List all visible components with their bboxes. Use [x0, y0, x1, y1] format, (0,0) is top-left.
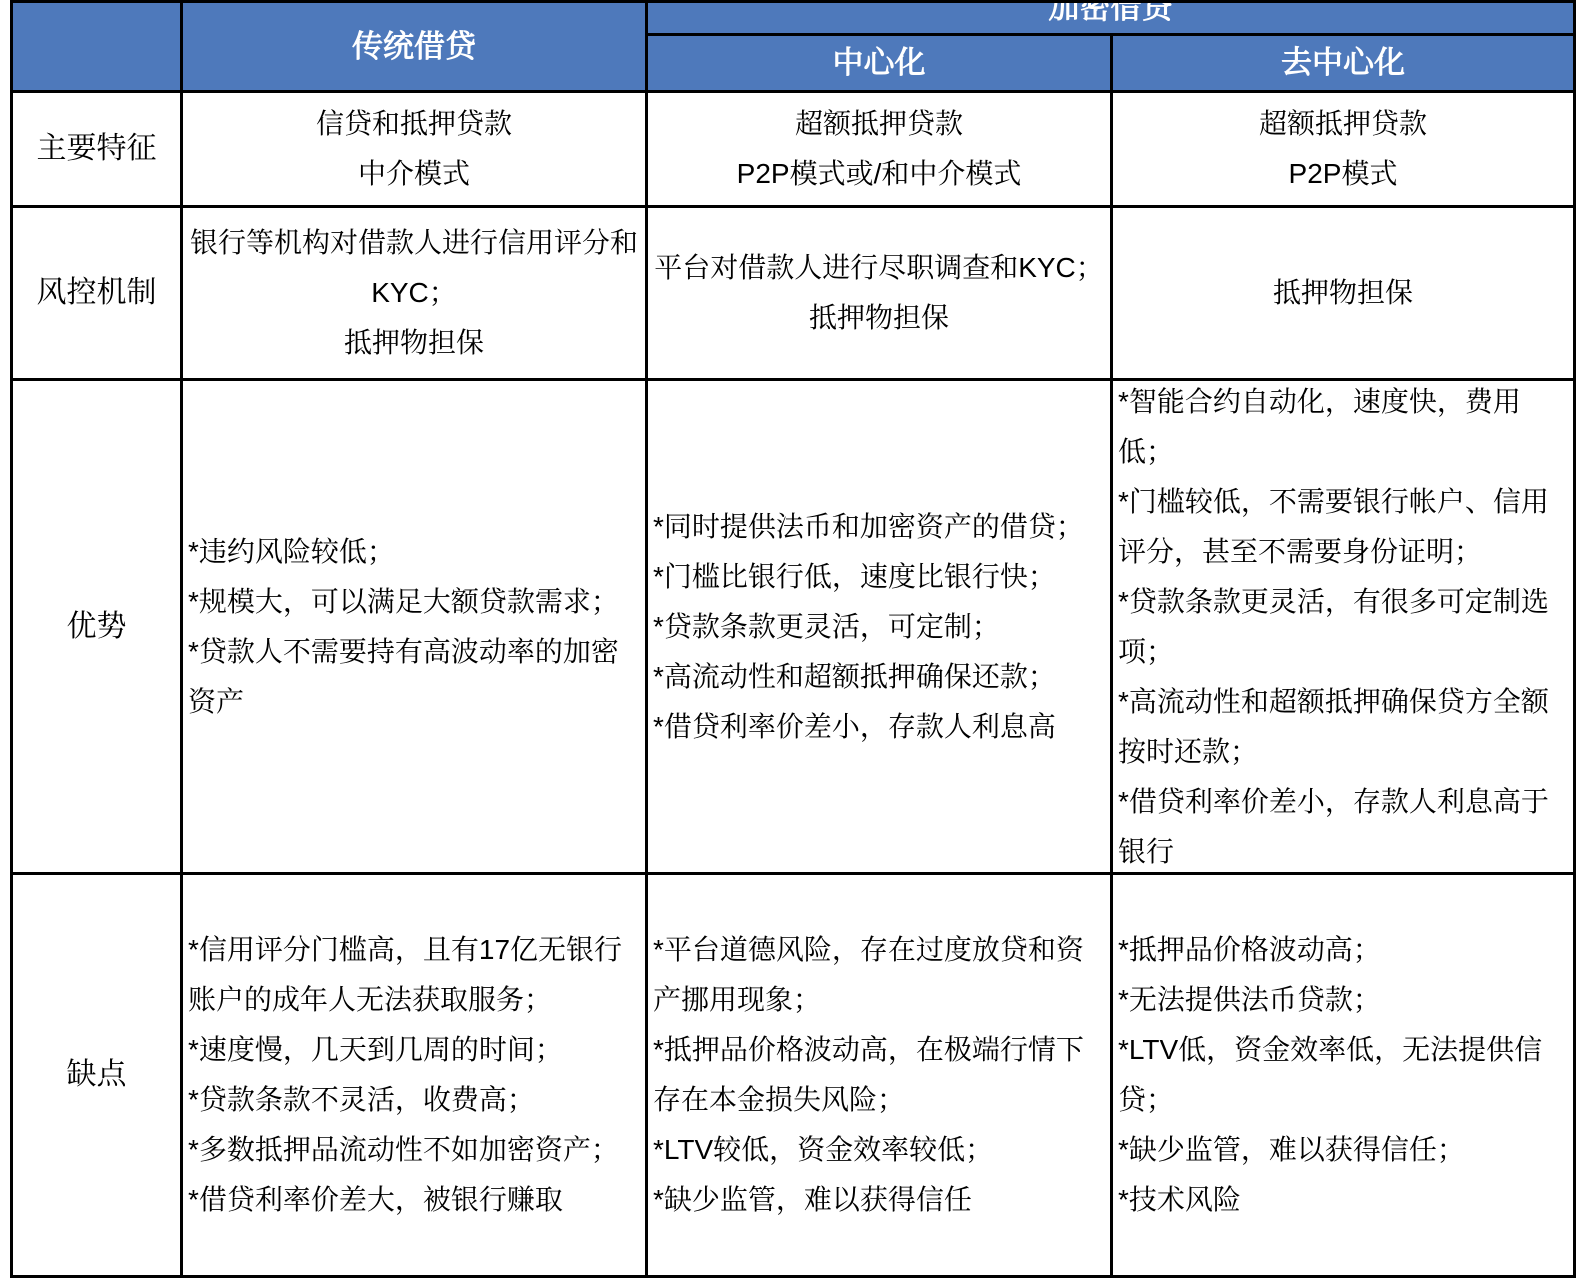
- advantages-traditional-text: *违约风险较低； *规模大，可以满足大额贷款需求； *贷款人不需要持有高波动率的…: [188, 527, 639, 727]
- header-crypto-lending-group: 加密借贷: [648, 3, 1573, 36]
- disadvantages-centralized-cell: *平台道德风险，存在过度放贷和资产挪用现象； *抵押品价格波动高，在极端行情下存…: [648, 875, 1113, 1244]
- header-decentralized: 去中心化: [1113, 36, 1573, 93]
- row-label-text: 主要特征: [37, 124, 157, 174]
- header-traditional-lending: 传统借贷: [183, 3, 648, 93]
- row-label-risk-control: 风控机制: [13, 208, 183, 381]
- features-centralized-text: 超额抵押贷款 P2P模式或/和中介模式: [737, 99, 1022, 199]
- header-traditional-label: 传统借贷: [352, 29, 476, 65]
- header-decentralized-label: 去中心化: [1281, 45, 1405, 81]
- risk-centralized-cell: 平台对借款人进行尽职调查和KYC； 抵押物担保: [648, 208, 1113, 381]
- features-traditional-cell: 信贷和抵押贷款 中介模式: [183, 93, 648, 208]
- disadvantages-traditional-cell: *信用评分门槛高，且有17亿无银行账户的成年人无法获取服务； *速度慢，几天到几…: [183, 875, 648, 1244]
- advantages-decentralized-text: *智能合约自动化，速度快，费用低； *门槛较低，不需要银行帐户、信用评分，甚至不…: [1118, 377, 1567, 877]
- row-label-disadvantages: 缺点: [13, 875, 183, 1244]
- advantages-traditional-cell: *违约风险较低； *规模大，可以满足大额贷款需求； *贷款人不需要持有高波动率的…: [183, 381, 648, 875]
- risk-decentralized-cell: 抵押物担保: [1113, 208, 1573, 381]
- risk-centralized-text: 平台对借款人进行尽职调查和KYC； 抵押物担保: [654, 243, 1104, 343]
- disadvantages-traditional-text: *信用评分门槛高，且有17亿无银行账户的成年人无法获取服务； *速度慢，几天到几…: [188, 925, 639, 1225]
- risk-traditional-cell: 银行等机构对借款人进行信用评分和KYC； 抵押物担保: [183, 208, 648, 381]
- header-centralized-label: 中心化: [833, 45, 926, 81]
- advantages-decentralized-cell: *智能合约自动化，速度快，费用低； *门槛较低，不需要银行帐户、信用评分，甚至不…: [1113, 381, 1573, 875]
- disadvantages-centralized-text: *平台道德风险，存在过度放贷和资产挪用现象； *抵押品价格波动高，在极端行情下存…: [653, 925, 1104, 1225]
- row-label-text: 风控机制: [37, 268, 157, 318]
- risk-traditional-text: 银行等机构对借款人进行信用评分和KYC； 抵押物担保: [187, 218, 641, 368]
- features-centralized-cell: 超额抵押贷款 P2P模式或/和中介模式: [648, 93, 1113, 208]
- advantages-centralized-cell: *同时提供法币和加密资产的借贷； *门槛比银行低，速度比银行快； *贷款条款更灵…: [648, 381, 1113, 875]
- row-label-advantages: 优势: [13, 381, 183, 875]
- disadvantages-decentralized-text: *抵押品价格波动高； *无法提供法币贷款； *LTV低，资金效率低，无法提供信贷…: [1118, 925, 1567, 1225]
- row-label-text: 优势: [67, 602, 127, 652]
- row-label-main-features: 主要特征: [13, 93, 183, 208]
- features-decentralized-text: 超额抵押贷款 P2P模式: [1259, 99, 1427, 199]
- risk-decentralized-text: 抵押物担保: [1273, 268, 1413, 318]
- header-crypto-label: 加密借贷: [1049, 3, 1173, 26]
- features-traditional-text: 信贷和抵押贷款 中介模式: [316, 99, 512, 199]
- row-label-text: 缺点: [67, 1050, 127, 1100]
- comparison-table: 传统借贷 加密借贷 中心化 去中心化 主要特征 信贷和抵押贷款 中介模式 超额抵…: [10, 0, 1576, 1244]
- disadvantages-decentralized-cell: *抵押品价格波动高； *无法提供法币贷款； *LTV低，资金效率低，无法提供信贷…: [1113, 875, 1573, 1244]
- advantages-centralized-text: *同时提供法币和加密资产的借贷； *门槛比银行低，速度比银行快； *贷款条款更灵…: [653, 502, 1084, 752]
- header-corner-cell: [13, 3, 183, 93]
- header-centralized: 中心化: [648, 36, 1113, 93]
- features-decentralized-cell: 超额抵押贷款 P2P模式: [1113, 93, 1573, 208]
